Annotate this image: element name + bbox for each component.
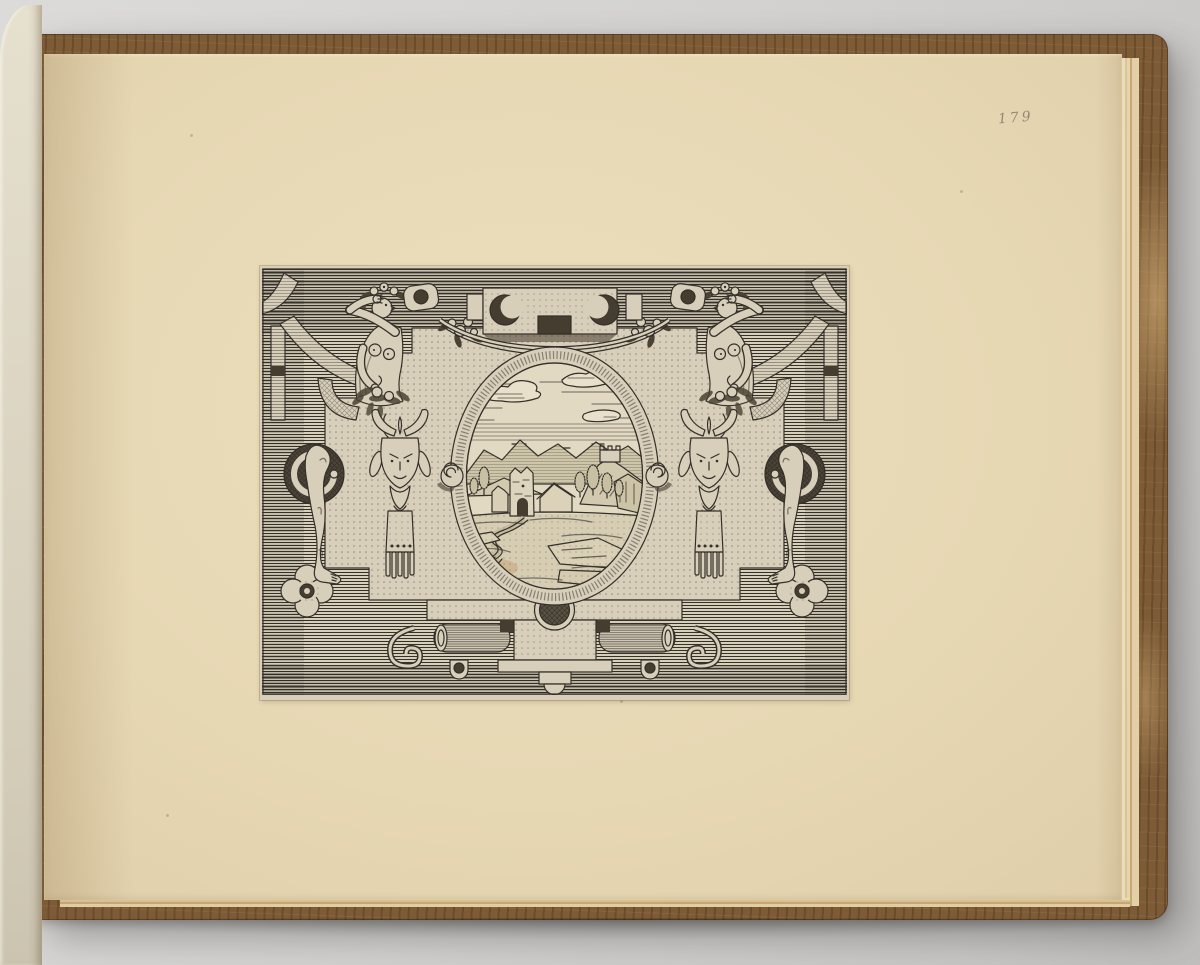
foxing-speck [190,134,193,137]
book-shadow [50,918,1160,944]
handwritten-page-number: 179 [997,108,1034,127]
page-edges-right [1122,58,1139,906]
foxing-speck [960,190,963,193]
etching-print [260,266,849,700]
foxing-speck [620,700,623,703]
photo-backdrop: 179 [0,0,1200,965]
foxing-speck [166,814,169,817]
left-pages-stack [0,5,42,965]
cartouche-engraving [262,268,847,695]
